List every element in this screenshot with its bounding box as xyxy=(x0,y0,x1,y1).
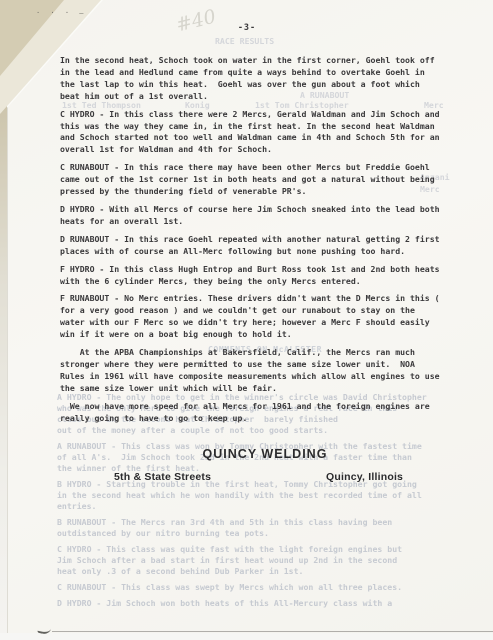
company-name: QUINCY WELDING xyxy=(60,447,470,461)
paragraph: At the APBA Championships at Bakersfield… xyxy=(60,347,441,395)
ghost-line: outdistanced by our nitro burning tea po… xyxy=(57,528,467,539)
scanned-document-page: COMMENTS ON McALESTER A HYDRO - The only… xyxy=(0,0,493,640)
scan-background-left-edge xyxy=(0,100,7,633)
ghost-line: entries. xyxy=(57,501,467,512)
paragraph: F HYDRO - In this class Hugh Entrop and … xyxy=(60,264,441,288)
paper-bottom-edge-line xyxy=(52,631,493,632)
stray-ink-specks: · · · – xyxy=(36,9,87,17)
ghost-line: B RUNABOUT - The Mercs ran 3rd 4th and 5… xyxy=(57,517,467,528)
scan-background-bottom-edge xyxy=(0,633,493,640)
ghost-fragment: RACE RESULTS xyxy=(215,36,274,46)
ghost-line: heat only .3 of a second behind Dub Park… xyxy=(57,566,467,577)
paragraph: C RUNABOUT - In this race there may have… xyxy=(60,162,441,198)
ghost-line: Jim Schoch after a bad start in first he… xyxy=(57,555,467,566)
paragraph: F RUNABOUT - No Merc entries. These driv… xyxy=(60,293,441,341)
typed-body: In the second heat, Schoch took on water… xyxy=(60,55,441,430)
ghost-line: in the second heat which he won handily … xyxy=(57,490,467,501)
paragraph: In the second heat, Schoch took on water… xyxy=(60,55,441,103)
paragraph: D RUNABOUT - In this race Goehl repeated… xyxy=(60,234,441,258)
company-street-address: 5th & State Streets xyxy=(114,471,211,483)
paragraph: We now have more speed for all Mercs for… xyxy=(60,401,441,425)
paragraph: C HYDRO - In this class there were 2 Mer… xyxy=(60,109,441,157)
ghost-line: D HYDRO - Jim Schoch won both heats of t… xyxy=(57,598,467,609)
paragraph: D HYDRO - With all Mercs of course here … xyxy=(60,204,441,228)
ghost-line: C RUNABOUT - This class was swept by Mer… xyxy=(57,582,467,593)
ghost-line: C HYDRO - This class was quite fast with… xyxy=(57,544,467,555)
company-city-state: Quincy, Illinois xyxy=(326,471,403,483)
